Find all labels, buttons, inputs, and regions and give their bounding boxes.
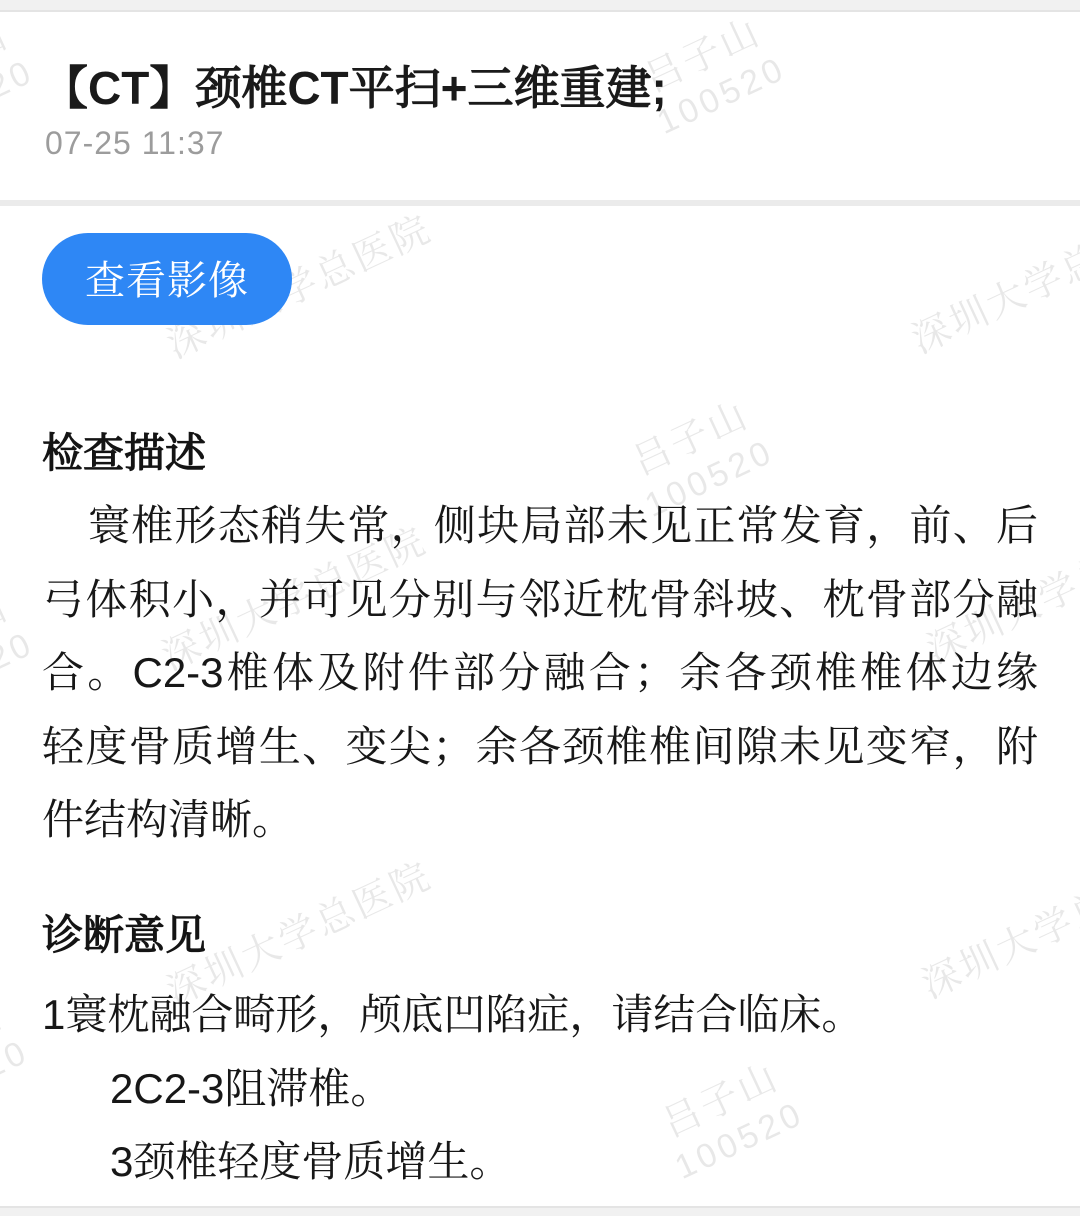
diagnosis-item: 2C2-3阻滞椎。 — [42, 1052, 1038, 1126]
description-line: 弓体积小，并可见分别与邻近枕骨斜坡、枕骨部分融 — [42, 563, 1038, 637]
description-line: 轻度骨质增生、变尖；余各颈椎椎间隙未见变窄，附 — [42, 710, 1038, 784]
description-line: 合。C2-3椎体及附件部分融合；余各颈椎椎体边缘 — [42, 636, 1038, 710]
diagnosis-item: 3颈椎轻度骨质增生。 — [42, 1125, 1038, 1199]
card-divider — [0, 200, 1080, 206]
diagnosis-item: 1寰枕融合畸形，颅底凹陷症，请结合临床。 — [42, 978, 1038, 1052]
page-top-strip — [0, 0, 1080, 12]
description-line: 件结构清晰。 — [42, 783, 1038, 857]
ct-report-screen: 吕子山100520吕子山100520深圳大学总医院深圳大学总医院吕子山10052… — [0, 0, 1080, 1216]
description-paragraph: 寰椎形态稍失常，侧块局部未见正常发育，前、后 弓体积小，并可见分别与邻近枕骨斜坡… — [42, 489, 1038, 857]
report-title: 【CT】颈椎CT平扫+三维重建; — [42, 52, 667, 118]
description-line: 寰椎形态稍失常，侧块局部未见正常发育，前、后 — [42, 489, 1038, 563]
diagnosis-heading: 诊断意见 — [42, 902, 206, 961]
report-body-card: 查看影像 检查描述 寰椎形态稍失常，侧块局部未见正常发育，前、后 弓体积小，并可… — [0, 206, 1080, 1206]
diagnosis-list: 1寰枕融合畸形，颅底凹陷症，请结合临床。 2C2-3阻滞椎。 3颈椎轻度骨质增生… — [42, 978, 1038, 1199]
view-images-button[interactable]: 查看影像 — [42, 233, 292, 325]
report-timestamp: 07-25 11:37 — [45, 125, 224, 162]
description-heading: 检查描述 — [42, 420, 206, 479]
report-header-card: 【CT】颈椎CT平扫+三维重建; 07-25 11:37 — [0, 12, 1080, 200]
page-bottom-strip — [0, 1206, 1080, 1216]
